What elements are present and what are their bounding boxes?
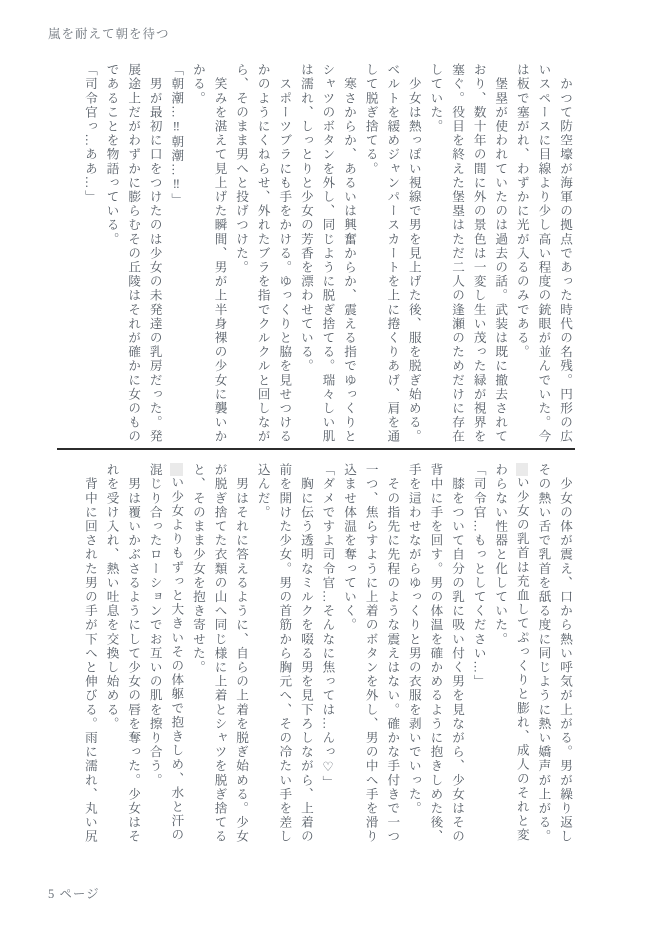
story-paragraph: い少女よりもずっと大きいその体躯で抱きしめ、水と汗の混じり合ったローションでお互… <box>143 463 186 847</box>
story-content: かつて防空壕が海軍の拠点であった時代の名残。円形の広いスペースに目線より少し高い… <box>57 63 575 847</box>
novel-page: 嵐を耐えて朝を待つ かつて防空壕が海軍の拠点であった時代の名残。円形の広いスペー… <box>0 0 664 932</box>
story-section-2: 少女の体が震え、口から熱い呼気が上がる。男が繰り返しその熱い舌で乳首を舐る度に同… <box>57 463 575 847</box>
redacted-character <box>170 463 183 476</box>
story-paragraph: 膝をついて自分の乳に吸い付く男を見ながら、少女はその背中に手を回す。男の体温を確… <box>402 463 467 847</box>
redacted-character <box>516 463 529 476</box>
story-paragraph: 男は覆いかぶさるようにして少女の唇を奪った。少女はそれを受け入れ、熱い吐息を交換… <box>100 463 143 847</box>
story-paragraph: 「司令官っ…ああ…」 <box>78 63 100 447</box>
page-number: 5 ページ <box>48 884 100 902</box>
story-paragraph: 男が最初に口をつけたのは少女の未発達の乳房だった。発展途上だがわずかに膨らむその… <box>100 63 165 447</box>
story-section-1: かつて防空壕が海軍の拠点であった時代の名残。円形の広いスペースに目線より少し高い… <box>57 63 575 447</box>
story-paragraph: 「司令官…もっとしてください…」 <box>467 463 489 847</box>
story-paragraph: 少女は熱っぽい視線で男を見上げた後、服を脱ぎ始める。ベルトを緩めジャンパースカー… <box>359 63 424 447</box>
story-paragraph: 「ダメですよ司令官…そんなに焦っては…んっ♡」 <box>316 463 338 847</box>
story-paragraph: その指先に先程のような震えはない。確かな手付きで一つ一つ、焦らすように上着のボタ… <box>337 463 402 847</box>
story-paragraph: 背中に回された男の手が下へと伸びる。雨に濡れ、丸い尻 <box>78 463 100 847</box>
story-paragraph: 堡塁が使われていたのは過去の話。武装は既に撤去されており、数十年の間に外の景色は… <box>424 63 510 447</box>
story-paragraph: 「朝潮…‼朝潮…‼」 <box>165 63 187 447</box>
section-divider <box>57 448 575 450</box>
story-paragraph: 胸に伝う透明なミルクを啜る男を見下ろしながら、上着の前を開けた少女。男の首筋から… <box>251 463 316 847</box>
story-paragraph: 少女の体が震え、口から熱い呼気が上がる。男が繰り返しその熱い舌で乳首を舐る度に同… <box>489 463 575 847</box>
story-paragraph: 寒さからか、あるいは興奮からか、震える指でゆっくりとシャツのボタンを外し、同じよ… <box>294 63 359 447</box>
story-paragraph: 笑みを湛えて見上げた瞬間、男が上半身裸の少女に襲いかかる。 <box>186 63 229 447</box>
story-paragraph: スポーツブラにも手をかける。ゆっくりと脇を見せつけるかのようにくねらせ、外れたブ… <box>230 63 295 447</box>
story-paragraph: かつて防空壕が海軍の拠点であった時代の名残。円形の広いスペースに目線より少し高い… <box>510 63 575 447</box>
story-paragraph: 男はそれに答えるように、自らの上着を脱ぎ始める。少女が脱ぎ捨てた衣類の山へ同じ様… <box>186 463 251 847</box>
page-title: 嵐を耐えて朝を待つ <box>48 24 170 42</box>
